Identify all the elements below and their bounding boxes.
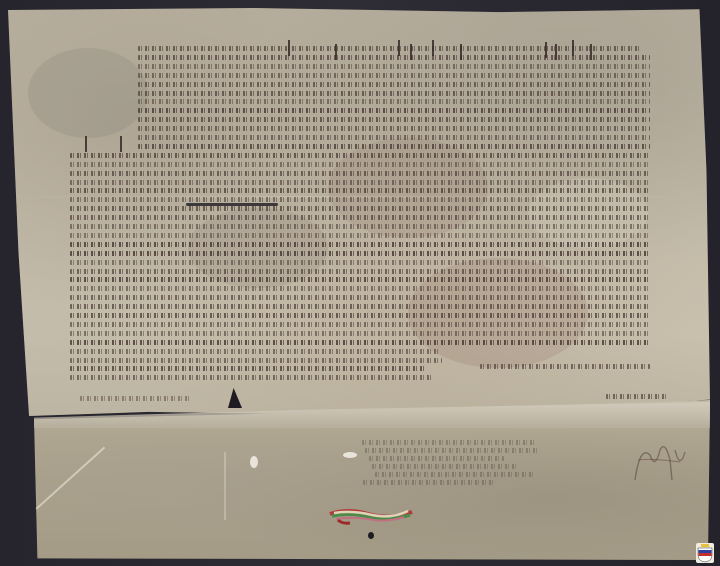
plica-script-line <box>365 448 538 453</box>
script-line <box>70 366 426 371</box>
script-line <box>138 73 650 78</box>
plica-script-line <box>362 440 538 445</box>
script-line <box>138 99 650 104</box>
script-line <box>70 295 650 300</box>
script-line <box>138 46 640 51</box>
script-line <box>138 64 650 69</box>
script-line <box>138 126 650 131</box>
script-line <box>70 171 650 176</box>
ascender-stroke <box>460 44 462 60</box>
plica-script-line <box>375 472 534 477</box>
script-line <box>70 233 650 238</box>
script-line <box>138 91 650 96</box>
script-line <box>70 313 650 318</box>
cord-hole <box>368 532 374 539</box>
subscription-line <box>606 394 666 399</box>
script-line <box>70 197 650 202</box>
script-line <box>70 215 650 220</box>
script-line <box>70 153 650 158</box>
script-line <box>70 180 650 185</box>
ascender-stroke <box>85 136 87 152</box>
script-line <box>70 277 650 282</box>
seal-cord <box>328 506 414 528</box>
script-line <box>70 358 442 363</box>
script-line <box>70 188 650 193</box>
ascender-stroke <box>120 136 122 152</box>
script-line <box>70 260 650 265</box>
ascender-stroke <box>572 40 574 56</box>
subscription-line <box>480 364 650 369</box>
spot <box>343 452 357 458</box>
script-line <box>70 349 438 354</box>
script-line <box>138 135 650 140</box>
stain <box>28 48 148 138</box>
tear <box>186 203 278 206</box>
script-line <box>70 286 650 291</box>
crease <box>224 452 226 520</box>
ascender-stroke <box>555 44 557 60</box>
script-line <box>70 242 650 247</box>
ascender-stroke <box>335 44 337 60</box>
spot <box>250 456 258 468</box>
coat-of-arms-logo <box>696 543 714 563</box>
parchment-sheet <box>8 8 710 416</box>
plica-script-line <box>363 480 496 485</box>
ascender-stroke <box>410 44 412 60</box>
ascender-stroke <box>398 40 400 56</box>
script-line <box>70 304 650 309</box>
script-line <box>138 144 650 149</box>
signature-mark <box>630 440 690 490</box>
ascender-stroke <box>288 40 290 56</box>
script-line <box>138 108 650 113</box>
ascender-stroke <box>545 42 547 58</box>
script-line <box>70 269 650 274</box>
script-line <box>70 162 650 167</box>
ascender-stroke <box>432 40 434 56</box>
plica-script-line <box>372 464 516 469</box>
script-line <box>70 331 650 336</box>
script-line <box>70 251 650 256</box>
script-line <box>70 340 650 345</box>
script-line <box>70 375 434 380</box>
script-line <box>138 117 650 122</box>
script-line <box>70 224 650 229</box>
script-line <box>70 206 650 211</box>
script-line <box>138 82 650 87</box>
ascender-stroke <box>590 44 592 60</box>
subscription-line <box>80 396 190 401</box>
script-line <box>70 322 650 327</box>
plica-script-line <box>369 456 503 461</box>
